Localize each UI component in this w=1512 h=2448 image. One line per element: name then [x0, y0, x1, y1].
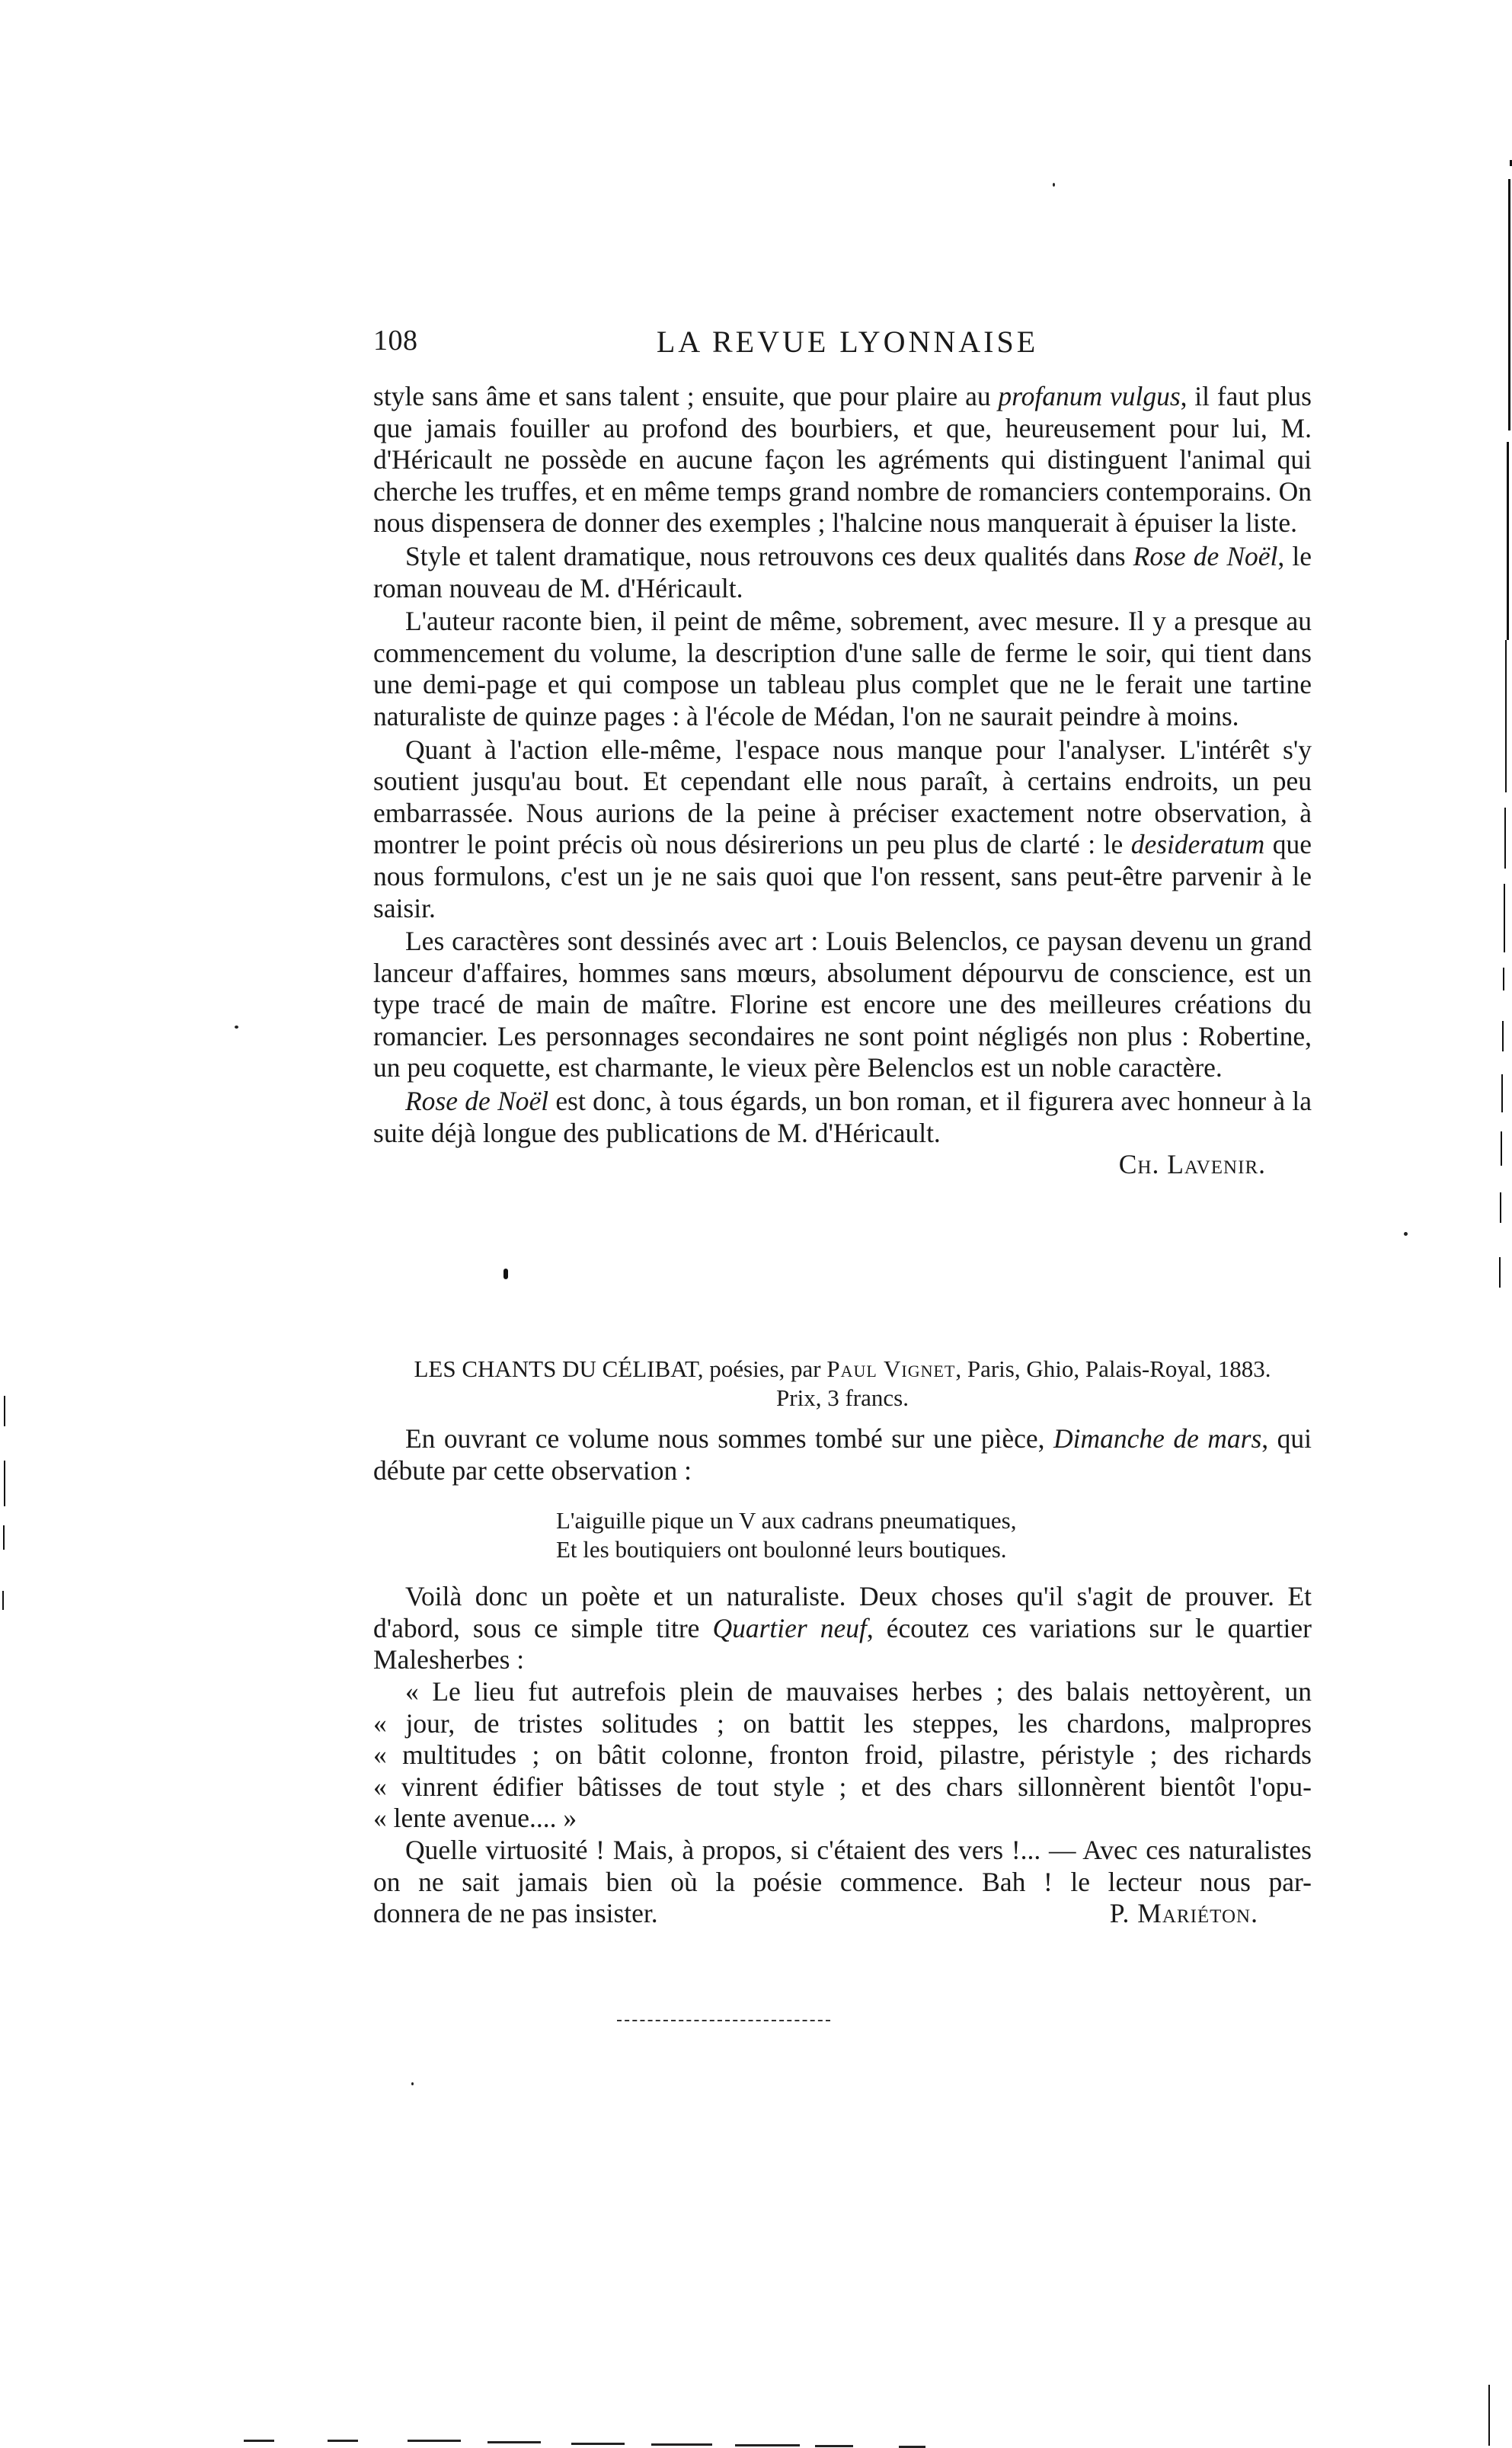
verse-line: Et les boutiquiers ont boulonné leurs bo…: [556, 1535, 1312, 1564]
running-title: LA REVUE LYONNAISE: [373, 324, 1314, 360]
scan-speck: [1053, 183, 1055, 187]
paragraph: Style et talent dramatique, nous retrouv…: [373, 541, 1312, 604]
quote-line: « Le lieu fut autrefois plein de mauvais…: [373, 1676, 1312, 1708]
scan-edge-line: [1507, 442, 1509, 640]
scan-speck: [235, 1026, 238, 1029]
paragraph: Rose de Noël est donc, à tous égards, un…: [373, 1086, 1312, 1149]
scan-edge-line: [1502, 1021, 1504, 1051]
scan-edge-line: [1501, 1131, 1502, 1166]
scan-edge-line: [1504, 884, 1505, 952]
scan-speck: [411, 2082, 414, 2085]
paragraph: Les caractères sont dessinés avec art : …: [373, 926, 1312, 1084]
quote-line: « multitudes ; on bâtit colonne, fronton…: [373, 1739, 1312, 1771]
bibliographic-line: LES CHANTS DU CÉLIBAT, poésies, par Paul…: [373, 1355, 1312, 1384]
closing-line: donnera de ne pas insister. P. Mariéton.: [373, 1898, 1312, 1930]
book-title: Rose de Noël: [1133, 541, 1278, 571]
scan-speck: [1404, 1232, 1408, 1236]
quote-line: « lente avenue.... »: [373, 1803, 1312, 1835]
scan-edge-line: [4, 1396, 5, 1426]
italic-phrase: desideratum: [1131, 829, 1265, 859]
author-signature: P. Mariéton.: [1110, 1898, 1312, 1930]
scan-edge-line: [1501, 1074, 1503, 1112]
scan-footer-mark: [815, 2445, 853, 2447]
page-header: 108 LA REVUE LYONNAISE: [373, 324, 1314, 362]
section-divider: [617, 2020, 830, 2021]
paragraph: Quant à l'action elle-même, l'espace nou…: [373, 734, 1312, 925]
review-rose-de-noel: style sans âme et sans talent ; ensuite,…: [373, 381, 1312, 1181]
poem-title: Quartier neuf: [712, 1613, 866, 1643]
scan-footer-mark: [328, 2440, 358, 2442]
scan-footer-mark: [487, 2441, 541, 2443]
paragraph: L'auteur raconte bien, il peint de même,…: [373, 606, 1312, 732]
scan-edge-line: [1503, 968, 1504, 990]
scan-footer-mark: [571, 2443, 625, 2445]
review-heading: LES CHANTS DU CÉLIBAT, poésies, par Paul…: [373, 1355, 1312, 1413]
scan-edge-line: [3, 1525, 5, 1550]
paragraph-end: donnera de ne pas insister.: [373, 1898, 658, 1930]
poem-title: Dimanche de mars: [1053, 1423, 1261, 1454]
book-title: Rose de Noël: [405, 1086, 548, 1116]
paragraph: Voilà donc un poète et un naturaliste. D…: [373, 1581, 1312, 1676]
verse-line: L'aiguille pique un V aux cadrans pneuma…: [556, 1506, 1312, 1535]
scan-edge-line: [2, 1591, 4, 1610]
scan-footer-mark: [408, 2440, 461, 2442]
scan-edge-line: [4, 1461, 5, 1506]
scan-edge-line: [1505, 640, 1507, 792]
scan-edge-line: [1508, 179, 1510, 430]
scan-edge-line: [1488, 2385, 1490, 2446]
price-line: Prix, 3 francs.: [373, 1384, 1312, 1413]
paragraph: Quelle virtuosité ! Mais, à propos, si c…: [373, 1835, 1312, 1898]
scan-footer-mark: [244, 2440, 274, 2442]
review-chants-du-celibat: En ouvrant ce volume nous sommes tombé s…: [373, 1423, 1312, 1930]
scan-footer-mark: [735, 2444, 800, 2446]
prose-quote: « Le lieu fut autrefois plein de mauvais…: [373, 1676, 1312, 1835]
scan-edge-line: [1500, 1192, 1501, 1223]
author-signature: Ch. Lavenir.: [373, 1149, 1312, 1181]
paragraph: style sans âme et sans talent ; ensuite,…: [373, 381, 1312, 539]
scan-footer-mark: [651, 2443, 712, 2446]
document-page: 108 LA REVUE LYONNAISE style sans âme et…: [0, 0, 1512, 2448]
quote-line: « jour, de tristes solitudes ; on battit…: [373, 1708, 1312, 1740]
ornament-dot: [503, 1269, 508, 1279]
quote-line: « vinrent édifier bâtisses de tout style…: [373, 1771, 1312, 1803]
scan-edge-line: [1499, 1257, 1501, 1288]
italic-phrase: profanum vulgus: [998, 381, 1180, 411]
paragraph: En ouvrant ce volume nous sommes tombé s…: [373, 1423, 1312, 1486]
scan-edge-line: [1504, 808, 1506, 869]
verse-quote: L'aiguille pique un V aux cadrans pneuma…: [373, 1506, 1312, 1564]
